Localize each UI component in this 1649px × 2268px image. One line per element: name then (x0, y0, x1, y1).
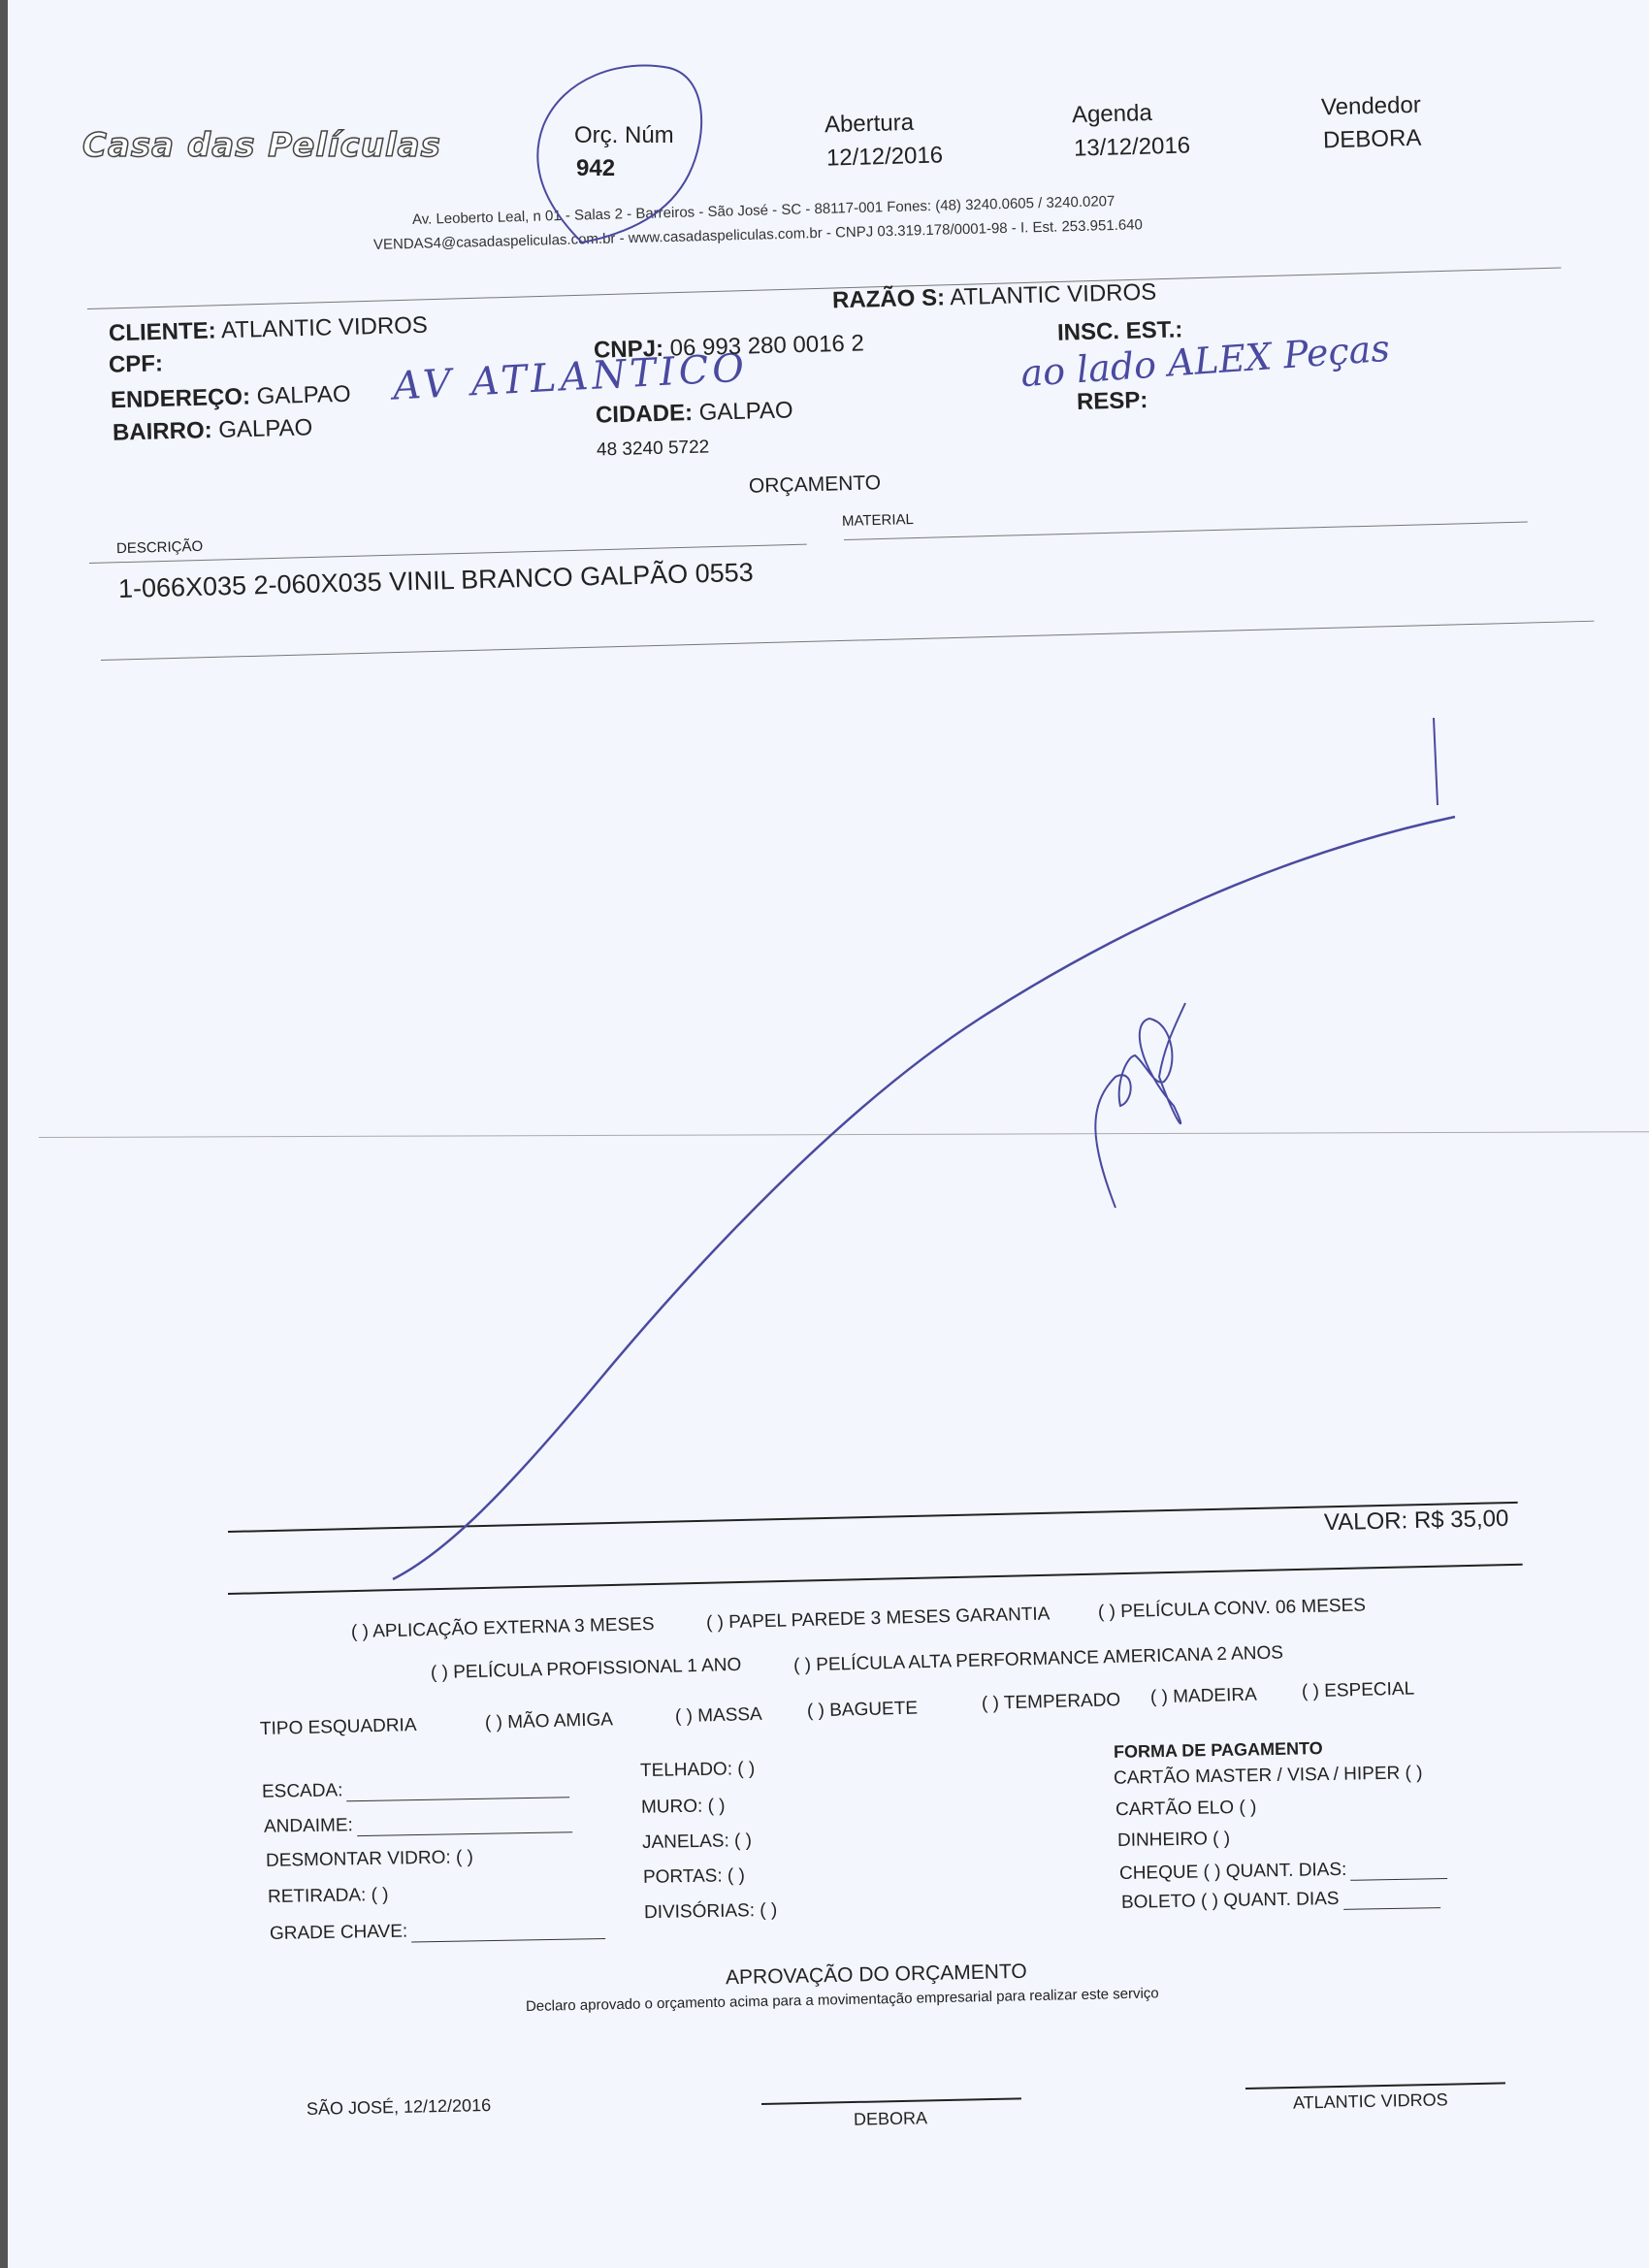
signature-scribble (1095, 1003, 1185, 1208)
tipo-esquadria-label: TIPO ESQUADRIA (260, 1715, 417, 1740)
razao-value: ATLANTIC VIDROS (950, 279, 1157, 311)
service-divisórias-label: DIVISÓRIAS: ( ) (644, 1900, 778, 1923)
agenda-label: Agenda (1072, 100, 1152, 129)
descricao-label: DESCRIÇÃO (116, 538, 204, 557)
place-date: SÃO JOSÉ, 12/12/2016 (307, 2095, 492, 2120)
descricao-value: 1-066X035 2-060X035 VINIL BRANCO GALPÃO … (118, 558, 754, 604)
cancel-line-tick (1434, 718, 1438, 805)
service-muro[interactable]: MURO: ( ) (641, 1796, 726, 1819)
scan-edge (0, 0, 8, 2268)
service-janelas[interactable]: JANELAS: ( ) (642, 1831, 752, 1854)
service-retirada[interactable]: RETIRADA: ( ) (268, 1885, 389, 1908)
client-phone: 48 3240 5722 (597, 437, 710, 461)
service-desmontar-vidro-label: DESMONTAR VIDRO: ( ) (266, 1847, 473, 1871)
approval-title: APROVAÇÃO DO ORÇAMENTO (726, 1960, 1027, 1991)
service-grade-chave-label: GRADE CHAVE: (270, 1922, 408, 1944)
abertura-date: 12/12/2016 (826, 142, 944, 172)
service-desmontar-vidro[interactable]: DESMONTAR VIDRO: ( ) (266, 1847, 473, 1872)
company-logo: Casa das Películas (82, 126, 441, 165)
service-retirada-label: RETIRADA: ( ) (268, 1885, 389, 1907)
cidade-field: CIDADE: GALPAO (596, 397, 793, 429)
option-pelicula-profissional[interactable]: ( ) PELÍCULA PROFISSIONAL 1 ANO (431, 1655, 742, 1684)
esquadria-massa[interactable]: ( ) MASSA (675, 1704, 762, 1728)
bairro-value: GALPAO (218, 414, 313, 443)
service-muro-label: MURO: ( ) (641, 1796, 726, 1818)
service-telhado-label: TELHADO: ( ) (640, 1759, 756, 1781)
service-divisórias[interactable]: DIVISÓRIAS: ( ) (644, 1900, 778, 1924)
service-andaime-blank-field[interactable] (357, 1831, 572, 1836)
esquadria-madeira[interactable]: ( ) MADEIRA (1150, 1685, 1257, 1709)
seller-signer-name: DEBORA (854, 2108, 927, 2130)
valor-field: VALOR: R$ 35,00 (1324, 1506, 1509, 1537)
service-escada-blank-field[interactable] (347, 1797, 570, 1801)
cliente-value: ATLANTIC VIDROS (221, 312, 429, 344)
material-line (844, 522, 1528, 540)
cnpj-value: 06 993 280 0016 2 (669, 330, 864, 361)
payment-option-2[interactable]: CARTÃO ELO ( ) (1115, 1798, 1257, 1822)
abertura-label: Abertura (824, 110, 915, 139)
payment-option-5-label: BOLETO ( ) QUANT. DIAS (1121, 1889, 1340, 1913)
payment-title: FORMA DE PAGAMENTO (1114, 1738, 1323, 1763)
option-papel-parede[interactable]: ( ) PAPEL PAREDE 3 MESES GARANTIA (706, 1604, 1051, 1634)
bairro-field: BAIRRO: GALPAO (113, 414, 313, 446)
option-pelicula-conv[interactable]: ( ) PELÍCULA CONV. 06 MESES (1098, 1595, 1366, 1623)
payment-option-4[interactable]: CHEQUE ( ) QUANT. DIAS: (1119, 1858, 1448, 1885)
client-signer-name: ATLANTIC VIDROS (1293, 2090, 1448, 2113)
valor-bottom-line (228, 1564, 1523, 1595)
payment-option-5[interactable]: BOLETO ( ) QUANT. DIAS (1121, 1887, 1440, 1914)
service-andaime-label: ANDAIME: (264, 1815, 353, 1837)
esquadria-mao-amiga[interactable]: ( ) MÃO AMIGA (485, 1709, 613, 1733)
option-aplicacao-externa[interactable]: ( ) APLICAÇÃO EXTERNA 3 MESES (351, 1614, 655, 1643)
payment-option-4-blank-field[interactable] (1351, 1878, 1448, 1881)
material-label: MATERIAL (842, 511, 914, 530)
orc-num-label: Orç. Núm (574, 122, 674, 149)
razao-field: RAZÃO S: ATLANTIC VIDROS (832, 279, 1157, 315)
payment-option-3-label: DINHEIRO ( ) (1117, 1829, 1230, 1851)
cidade-value: GALPAO (698, 397, 793, 426)
service-janelas-label: JANELAS: ( ) (642, 1831, 752, 1853)
option-pelicula-alta-performance[interactable]: ( ) PELÍCULA ALTA PERFORMANCE AMERICANA … (793, 1642, 1283, 1676)
cancel-line (393, 817, 1455, 1579)
header-divider (87, 268, 1561, 309)
payment-option-4-label: CHEQUE ( ) QUANT. DIAS: (1119, 1860, 1347, 1884)
paper-fold (39, 1131, 1649, 1138)
seller-signature-line (761, 2097, 1021, 2104)
cliente-field: CLIENTE: ATLANTIC VIDROS (109, 312, 429, 348)
payment-option-3[interactable]: DINHEIRO ( ) (1117, 1829, 1230, 1852)
endereco-field: ENDEREÇO: GALPAO (111, 381, 351, 414)
service-portas-label: PORTAS: ( ) (643, 1865, 745, 1888)
vendedor-name: DEBORA (1323, 125, 1422, 155)
service-portas[interactable]: PORTAS: ( ) (643, 1865, 745, 1889)
payment-option-1[interactable]: CARTÃO MASTER / VISA / HIPER ( ) (1114, 1763, 1423, 1790)
orcamento-title: ORÇAMENTO (749, 471, 882, 499)
orc-number: 942 (576, 155, 615, 182)
service-escada-label: ESCADA: (262, 1780, 343, 1801)
endereco-value: GALPAO (256, 381, 351, 410)
payment-option-5-blank-field[interactable] (1343, 1907, 1440, 1910)
service-andaime[interactable]: ANDAIME: (264, 1811, 572, 1838)
agenda-date: 13/12/2016 (1074, 132, 1191, 162)
vendedor-label: Vendedor (1321, 92, 1421, 122)
service-grade-chave-blank-field[interactable] (411, 1938, 605, 1942)
approval-statement: Declaro aprovado o orçamento acima para … (526, 1985, 1159, 2015)
client-signature-line (1245, 2082, 1505, 2089)
cpf-field: CPF: (109, 350, 164, 378)
payment-option-2-label: CARTÃO ELO ( ) (1115, 1798, 1257, 1821)
resp-field: RESP: (1077, 387, 1148, 416)
service-grade-chave[interactable]: GRADE CHAVE: (270, 1918, 606, 1945)
esquadria-especial[interactable]: ( ) ESPECIAL (1302, 1678, 1415, 1702)
esquadria-temperado[interactable]: ( ) TEMPERADO (982, 1690, 1121, 1715)
service-telhado[interactable]: TELHADO: ( ) (640, 1759, 756, 1782)
descricao-bottom-line (101, 621, 1594, 661)
valor-amount: R$ 35,00 (1414, 1506, 1509, 1534)
cnpj-field: CNPJ: 06 993 280 0016 2 (594, 330, 865, 364)
service-escada[interactable]: ESCADA: (262, 1776, 570, 1803)
esquadria-baguete[interactable]: ( ) BAGUETE (807, 1699, 919, 1723)
payment-option-1-label: CARTÃO MASTER / VISA / HIPER ( ) (1114, 1763, 1423, 1789)
